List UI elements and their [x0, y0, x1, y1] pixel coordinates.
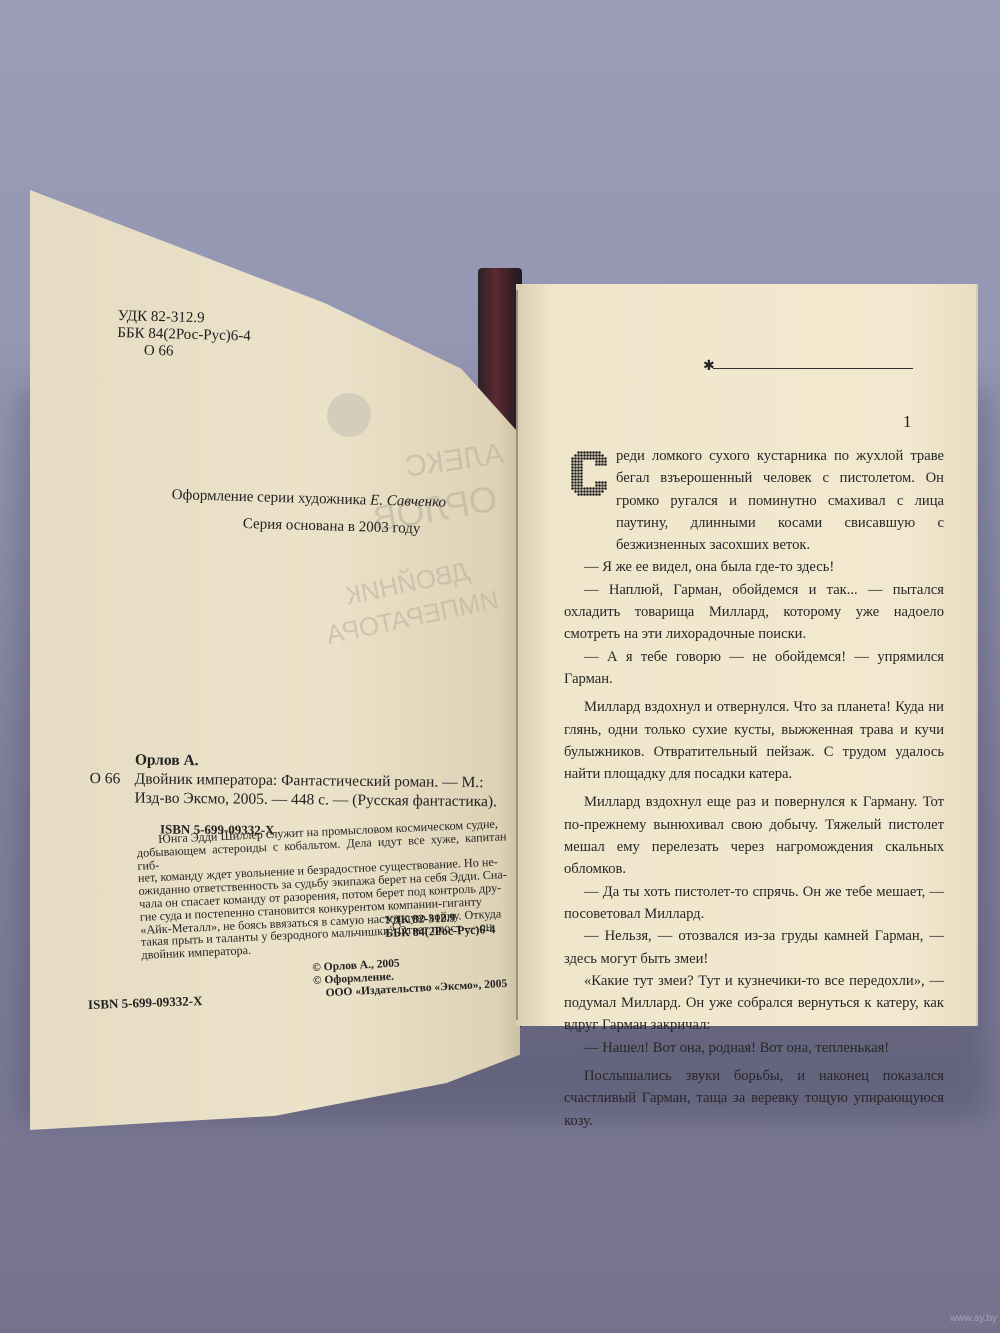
chapter-paragraph: — Наплюй, Гарман, обойдемся и так... — п… — [564, 579, 944, 646]
author-mark: О 66 — [117, 342, 251, 362]
chapter-paragraph: — Нельзя, — отозвался из-за груды камней… — [564, 925, 944, 970]
bbk-code: ББК 84(2Рос-Рус)6-4 — [117, 325, 251, 345]
bibliographic-record: Орлов А. О 66 Двойник императора: Фантас… — [89, 750, 497, 811]
chapter-paragraph: Послышались звуки борьбы, и наконец пока… — [564, 1065, 944, 1132]
asterisk-icon: ✱ — [703, 358, 715, 375]
chapter-paragraph: Миллард вздохнул и отвернулся. Что за пл… — [564, 696, 944, 785]
chapter-paragraph: — Нашел! Вот она, родная! Вот она, тепле… — [564, 1037, 944, 1059]
chapter-text: реди ломкого сухого кустарника по жухлой… — [564, 445, 944, 1132]
watermark: www.ay.by — [950, 1313, 997, 1324]
chapter-ornament: ✱ — [703, 364, 915, 374]
chapter-paragraph: Миллард вздохнул еще раз и повернулся к … — [564, 791, 944, 880]
chapter-paragraph: — А я тебе говорю — не обойдемся! — упря… — [564, 646, 944, 691]
chapter-paragraph: «Какие тут змеи? Тут и кузнечики-то все … — [564, 970, 944, 1037]
catalog-codes: УДК 82-312.9 ББК 84(2Рос-Рус)6-4 О 66 — [117, 308, 252, 362]
chapter-paragraph: — Я же ее видел, она была где-то здесь! — [564, 556, 944, 578]
designer-name: Е. Савченко — [370, 493, 446, 511]
author-mark: О 66 — [90, 769, 135, 788]
bottom-catalog-codes: УДК 82-312.9 ББК 84(2Рос-Рус)6-4 — [385, 910, 496, 940]
book-annotation: Юнга Эдди Шиллер служит на промысловом к… — [136, 817, 511, 962]
ornament-rule — [713, 368, 913, 369]
chapter-paragraph: реди ломкого сухого кустарника по жухлой… — [564, 445, 944, 556]
chapter-paragraph: — Да ты хоть пистолет-то спрячь. Он же т… — [564, 881, 944, 926]
series-credits: Оформление серии художника Е. Савченко С… — [171, 487, 446, 539]
bleed-through-logo-icon — [327, 393, 371, 437]
book-gutter — [516, 290, 518, 1020]
chapter-number: 1 — [903, 412, 912, 432]
